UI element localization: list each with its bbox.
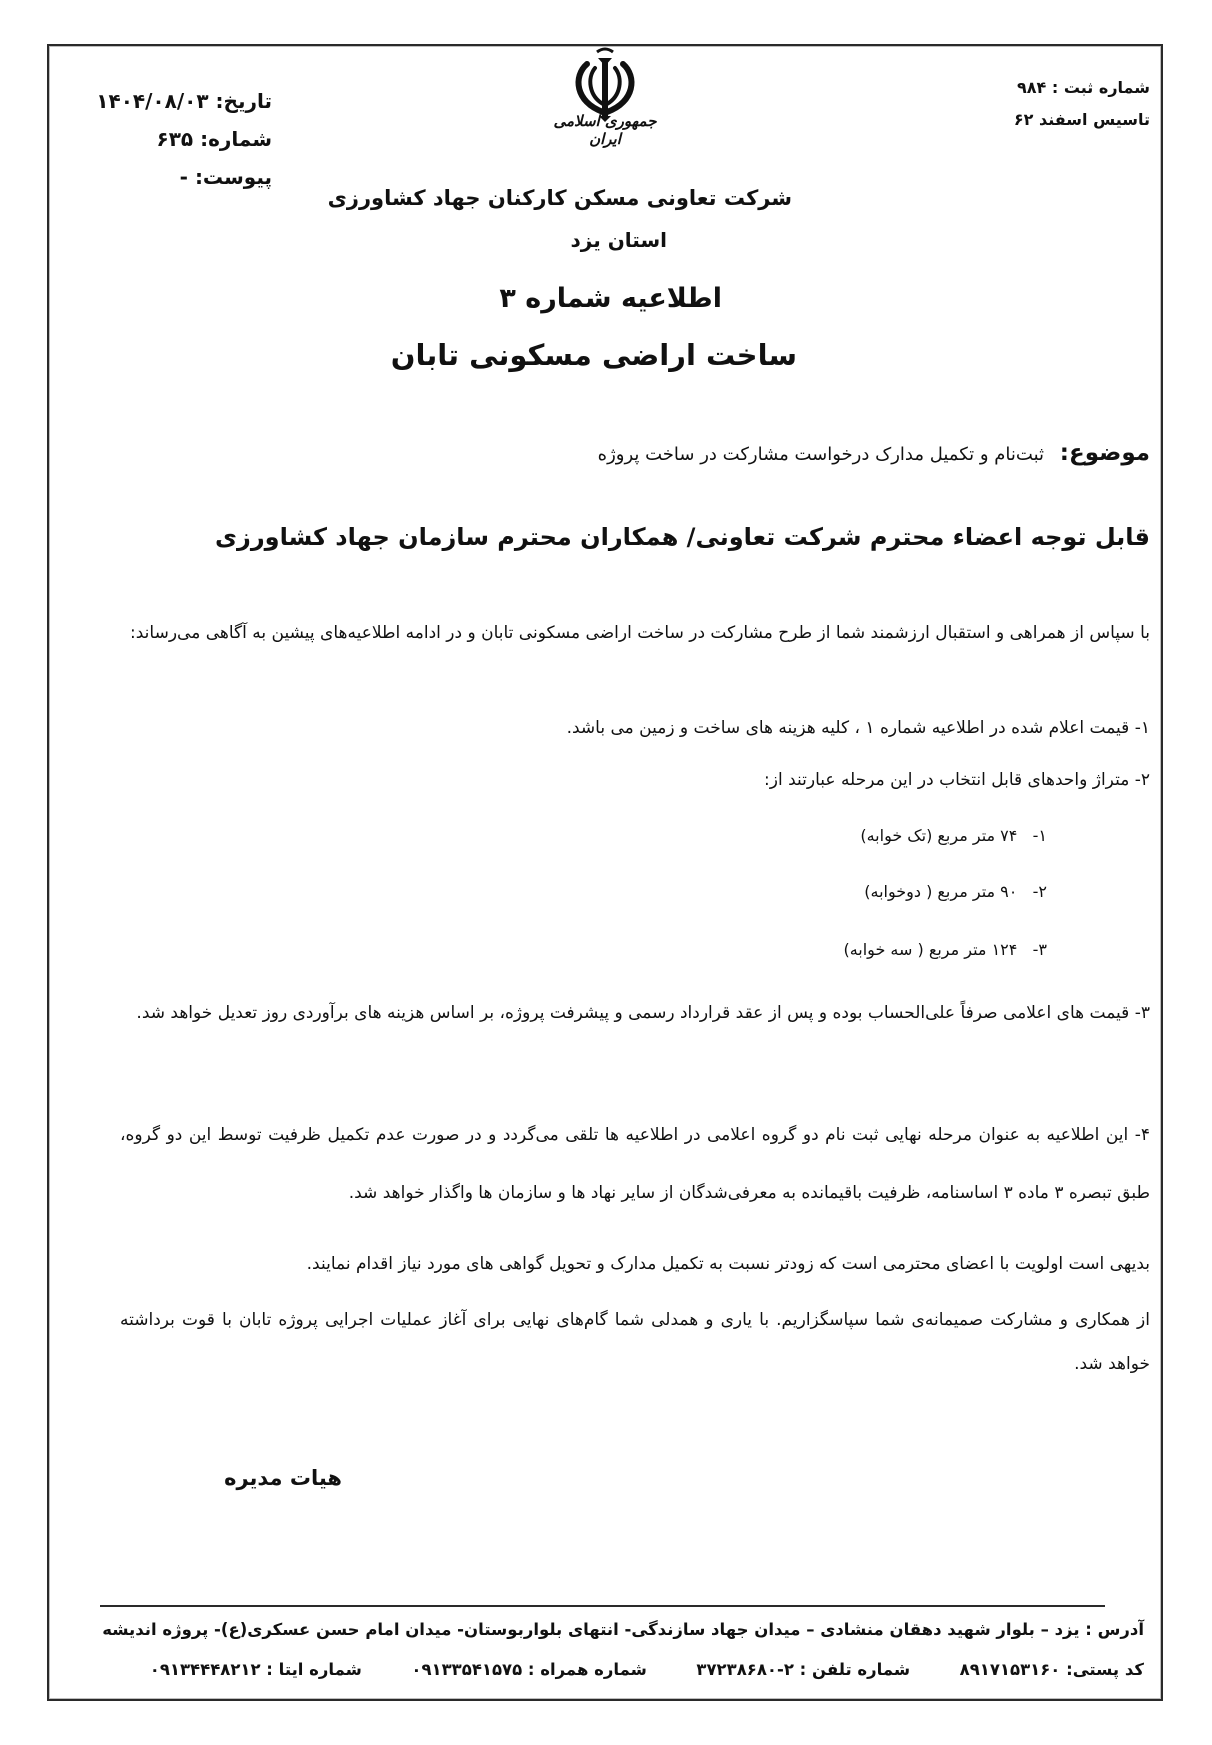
unit-size-number: ۱- [1033, 826, 1047, 845]
attachment-value: - [180, 165, 188, 189]
unit-size-text: ۹۰ متر مربع ( دوخوابه) [864, 882, 1017, 901]
date-line: تاریخ: ۱۴۰۴/۰۸/۰۳ [96, 82, 272, 120]
priority-note: بدیهی است اولویت با اعضای محترمی است که … [120, 1242, 1150, 1286]
signature-board-of-directors: هیات مدیره [224, 1466, 342, 1490]
organization-name: شرکت تعاونی مسکن کارکنان جهاد کشاورزی [328, 186, 792, 210]
postal-code-label: کد پستی: [1066, 1660, 1144, 1679]
eitaa-label: شماره ایتا : [266, 1660, 362, 1679]
item-text: این اطلاعیه به عنوان مرحله نهایی ثبت نام… [120, 1125, 1150, 1203]
footer-contacts: کد پستی: ۸۹۱۷۱۵۳۱۶۰ شماره تلفن : ۲-۳۷۲۳۸… [150, 1660, 1144, 1679]
list-item: ۱- قیمت اعلام شده در اطلاعیه شماره ۱ ، ک… [567, 718, 1150, 738]
unit-size-number: ۲- [1033, 882, 1047, 901]
unit-size-item: ۱- ۷۴ متر مربع (تک خوابه) [860, 826, 1047, 845]
subject-text: ثبت‌نام و تکمیل مدارک درخواست مشارکت در … [598, 444, 1044, 465]
subject-line: موضوع: ثبت‌نام و تکمیل مدارک درخواست مشا… [598, 440, 1150, 466]
letter-meta: تاریخ: ۱۴۰۴/۰۸/۰۳ شماره: ۶۳۵ پیوست: - [96, 82, 272, 196]
registration-info: شماره ثبت : ۹۸۴ تاسیس اسفند ۶۲ [1014, 72, 1150, 136]
mobile-value: ۰۹۱۳۳۵۴۱۵۷۵ [411, 1660, 522, 1679]
footer-address: آدرس : یزد – بلوار شهید دهقان منشادی – م… [102, 1620, 1144, 1639]
province-name: استان یزد [571, 228, 667, 252]
attention-heading: قابل توجه اعضاء محترم شرکت تعاونی/ همکار… [215, 523, 1150, 551]
item-text: قیمت اعلام شده در اطلاعیه شماره ۱ ، کلیه… [567, 718, 1130, 738]
mobile-label: شماره همراه : [528, 1660, 647, 1679]
item-number: ۴- [1135, 1125, 1150, 1145]
unit-size-number: ۳- [1033, 940, 1047, 959]
item-number: ۲- [1135, 770, 1150, 790]
list-item: ۲- متراژ واحدهای قابل انتخاب در این مرحل… [764, 770, 1150, 790]
notice-number: اطلاعیه شماره ۳ [499, 283, 722, 314]
attachment-label: پیوست: [195, 165, 272, 189]
list-item-3: ۳- قیمت های اعلامی صرفاً علی‌الحساب بوده… [120, 984, 1150, 1042]
date-value: ۱۴۰۴/۰۸/۰۳ [96, 89, 208, 113]
eitaa-value: ۰۹۱۳۴۴۴۸۲۱۲ [150, 1660, 261, 1679]
date-label: تاریخ: [216, 89, 272, 113]
registration-line: شماره ثبت : ۹۸۴ [1014, 72, 1150, 104]
subject-label: موضوع: [1060, 440, 1150, 466]
footer-divider [100, 1605, 1105, 1607]
address-text: یزد – بلوار شهید دهقان منشادی – میدان جه… [102, 1620, 1079, 1639]
unit-size-text: ۱۲۴ متر مربع ( سه خوابه) [843, 940, 1017, 959]
postal-code-value: ۸۹۱۷۱۵۳۱۶۰ [960, 1660, 1061, 1679]
notice-title: ساخت اراضی مسکونی تابان [391, 338, 797, 372]
registration-value: ۹۸۴ [1017, 78, 1046, 97]
address-label: آدرس : [1085, 1620, 1144, 1639]
iran-emblem-icon [565, 44, 645, 122]
unit-size-text: ۷۴ متر مربع (تک خوابه) [860, 826, 1017, 845]
phone-value: ۲-۳۷۲۳۸۶۸۰ [696, 1660, 794, 1679]
item-number: ۱- [1135, 718, 1150, 738]
attachment-line: پیوست: - [96, 158, 272, 196]
unit-size-item: ۳- ۱۲۴ متر مربع ( سه خوابه) [843, 940, 1047, 959]
item-text: قیمت های اعلامی صرفاً علی‌الحساب بوده و … [136, 1003, 1129, 1023]
unit-size-item: ۲- ۹۰ متر مربع ( دوخوابه) [864, 882, 1047, 901]
number-line: شماره: ۶۳۵ [96, 120, 272, 158]
number-label: شماره: [200, 127, 272, 151]
founded-line: تاسیس اسفند ۶۲ [1014, 104, 1150, 136]
founded-label: تاسیس اسفند [1039, 110, 1150, 129]
registration-label: شماره ثبت : [1052, 78, 1150, 97]
item-text: متراژ واحدهای قابل انتخاب در این مرحله ع… [764, 770, 1129, 790]
list-item-4: ۴- این اطلاعیه به عنوان مرحله نهایی ثبت … [120, 1106, 1150, 1222]
founded-value: ۶۲ [1014, 110, 1034, 129]
item-number: ۳- [1135, 1003, 1150, 1023]
intro-paragraph: با سپاس از همراهی و استقبال ارزشمند شما … [120, 614, 1150, 652]
phone-label: شماره تلفن : [800, 1660, 910, 1679]
emblem-caption: جمهوری اسلامی ایران [545, 112, 665, 148]
number-value: ۶۳۵ [157, 127, 194, 151]
thanks-note: از همکاری و مشارکت صمیمانه‌ی شما سپاسگزا… [120, 1298, 1150, 1386]
